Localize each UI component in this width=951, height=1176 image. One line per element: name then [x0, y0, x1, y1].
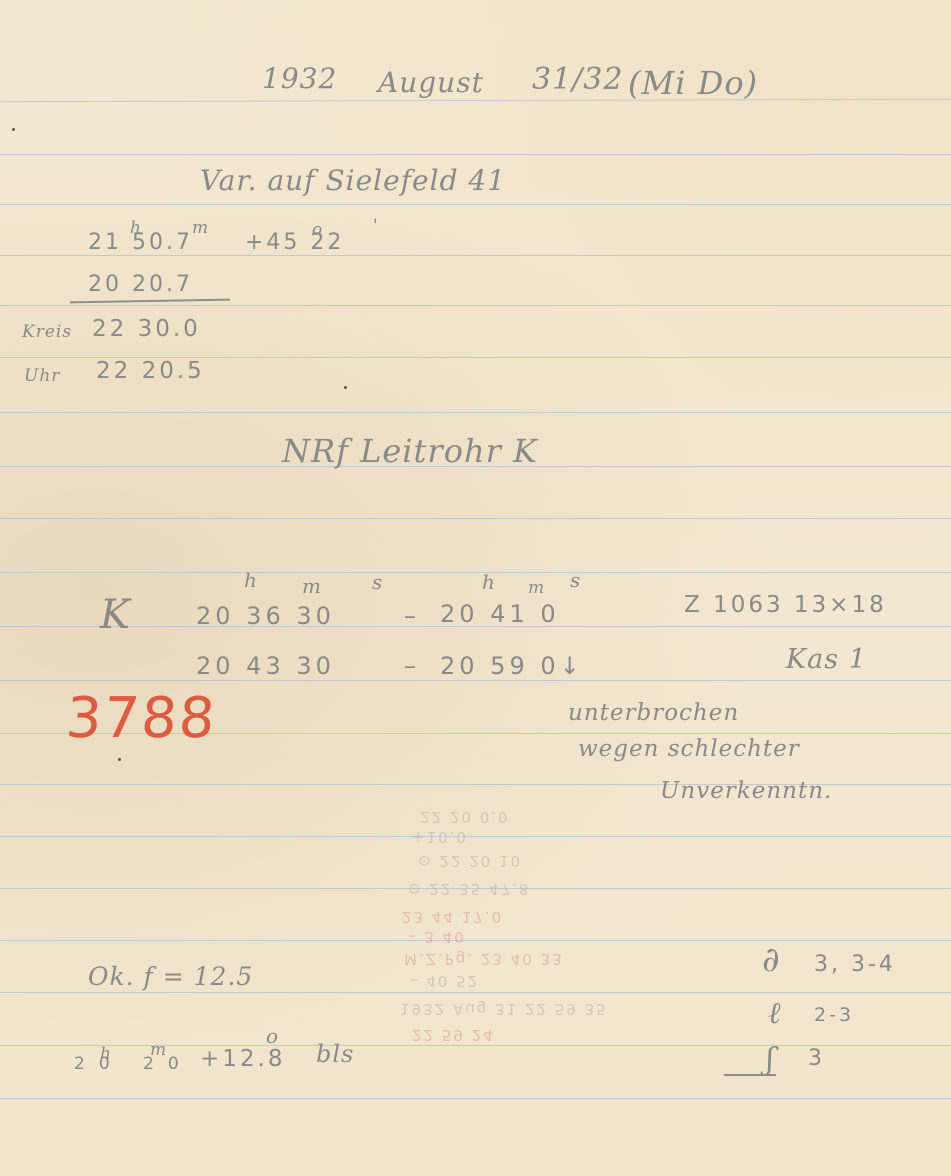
ghost-line: ⊙ 22 20 10 — [418, 852, 522, 870]
ruled-line — [0, 992, 951, 993]
ghost-line: – 40 52 — [410, 972, 479, 990]
var-ra: 21 50.7 — [88, 230, 193, 255]
var-dec: +45 22 — [245, 230, 344, 255]
ruled-line — [0, 836, 951, 837]
eyepiece-focal: Ok. f = 12.5 — [88, 962, 253, 991]
ghost-line: 22 20 0.0 — [420, 808, 510, 826]
unit-seconds: s — [570, 568, 580, 592]
note-line: wegen schlechter — [578, 736, 800, 762]
header-month: August — [378, 66, 484, 99]
header-weekdays: (Mi Do) — [628, 64, 758, 102]
ghost-line: 1932 Aug 31 22 59 35 — [400, 1000, 608, 1018]
ink-dot — [12, 128, 15, 131]
notebook-page: 1932 August 31/32 (Mi Do) Var. auf Siele… — [0, 0, 951, 1176]
eyepiece-dec: +12.8 — [200, 1046, 285, 1072]
ruled-line — [0, 255, 951, 256]
ghost-line: 23 44 17.0 — [402, 908, 503, 926]
var-row-label: Kreis — [22, 322, 72, 342]
ruled-line — [0, 99, 951, 102]
quality-underline — [724, 1074, 776, 1076]
unit-minutes: m — [192, 218, 208, 238]
exposure-sep: – — [404, 652, 419, 680]
plate-info: Z 1063 13×18 — [684, 592, 887, 618]
quality-value: 3 — [808, 1046, 825, 1071]
note-line: Unverkenntn. — [660, 778, 832, 804]
var-row-value: 22 20.5 — [96, 358, 205, 384]
quality-value: 2-3 — [814, 1004, 854, 1026]
quality-value: 3, 3-4 — [814, 952, 896, 977]
ruled-line — [0, 305, 951, 306]
ruled-line — [0, 518, 951, 519]
exposure-label: K — [100, 592, 131, 638]
eyepiece-suffix: bls — [316, 1040, 354, 1068]
exposure-end: 20 41 0 — [440, 600, 560, 628]
ruled-line — [0, 1098, 951, 1099]
unit-degrees: o — [266, 1024, 278, 1048]
ink-dot — [344, 386, 347, 389]
var-row-value: 20 20.7 — [88, 272, 193, 297]
note-line: unterbrochen — [568, 700, 739, 726]
var-title: Var. auf Sielefeld 41 — [200, 164, 506, 197]
ghost-line: – 3 40 — [408, 928, 466, 946]
ghost-line: 22 59 24 — [412, 1026, 495, 1044]
sum-underline — [70, 299, 230, 304]
ghost-line: M.Z.Pg. 23 40 33 — [404, 950, 564, 968]
unit-arcmin: ' — [373, 216, 378, 236]
exposure-sep: – — [404, 602, 419, 630]
ruled-line — [0, 412, 951, 413]
unit-minutes: m — [302, 574, 321, 598]
var-row-value: 22 30.0 — [92, 316, 201, 342]
quality-symbol: ʃ — [766, 1042, 775, 1077]
quality-symbol: ∂ — [762, 940, 781, 980]
ink-dot — [118, 758, 121, 761]
plate-number: 3788 — [64, 686, 219, 751]
ruled-line — [0, 680, 951, 681]
ruled-line — [0, 572, 951, 573]
guide-title: NRf Leitrohr K — [282, 432, 538, 470]
unit-minutes: m — [528, 578, 544, 598]
unit-seconds: s — [372, 570, 382, 594]
ruled-line — [0, 940, 951, 941]
ghost-line: ⊙ 22 35 47.8 — [408, 880, 530, 898]
exposure-start: 20 43 30 — [196, 652, 335, 680]
var-row-label: Uhr — [24, 366, 60, 386]
camera-label: Kas 1 — [786, 644, 867, 675]
ghost-line: +10.0 — [412, 828, 468, 846]
header-year: 1932 — [262, 62, 337, 95]
header-dates: 31/32 — [532, 62, 623, 97]
eyepiece-ra: 20 20 — [74, 1054, 193, 1074]
exposure-end: 20 59 0↓ — [440, 652, 584, 680]
unit-hours: h — [482, 570, 495, 594]
quality-symbol: ℓ — [768, 996, 782, 1031]
exposure-start: 20 36 30 — [196, 602, 335, 630]
ruled-line — [0, 204, 951, 205]
ruled-line — [0, 154, 951, 155]
unit-hours: h — [244, 568, 257, 592]
